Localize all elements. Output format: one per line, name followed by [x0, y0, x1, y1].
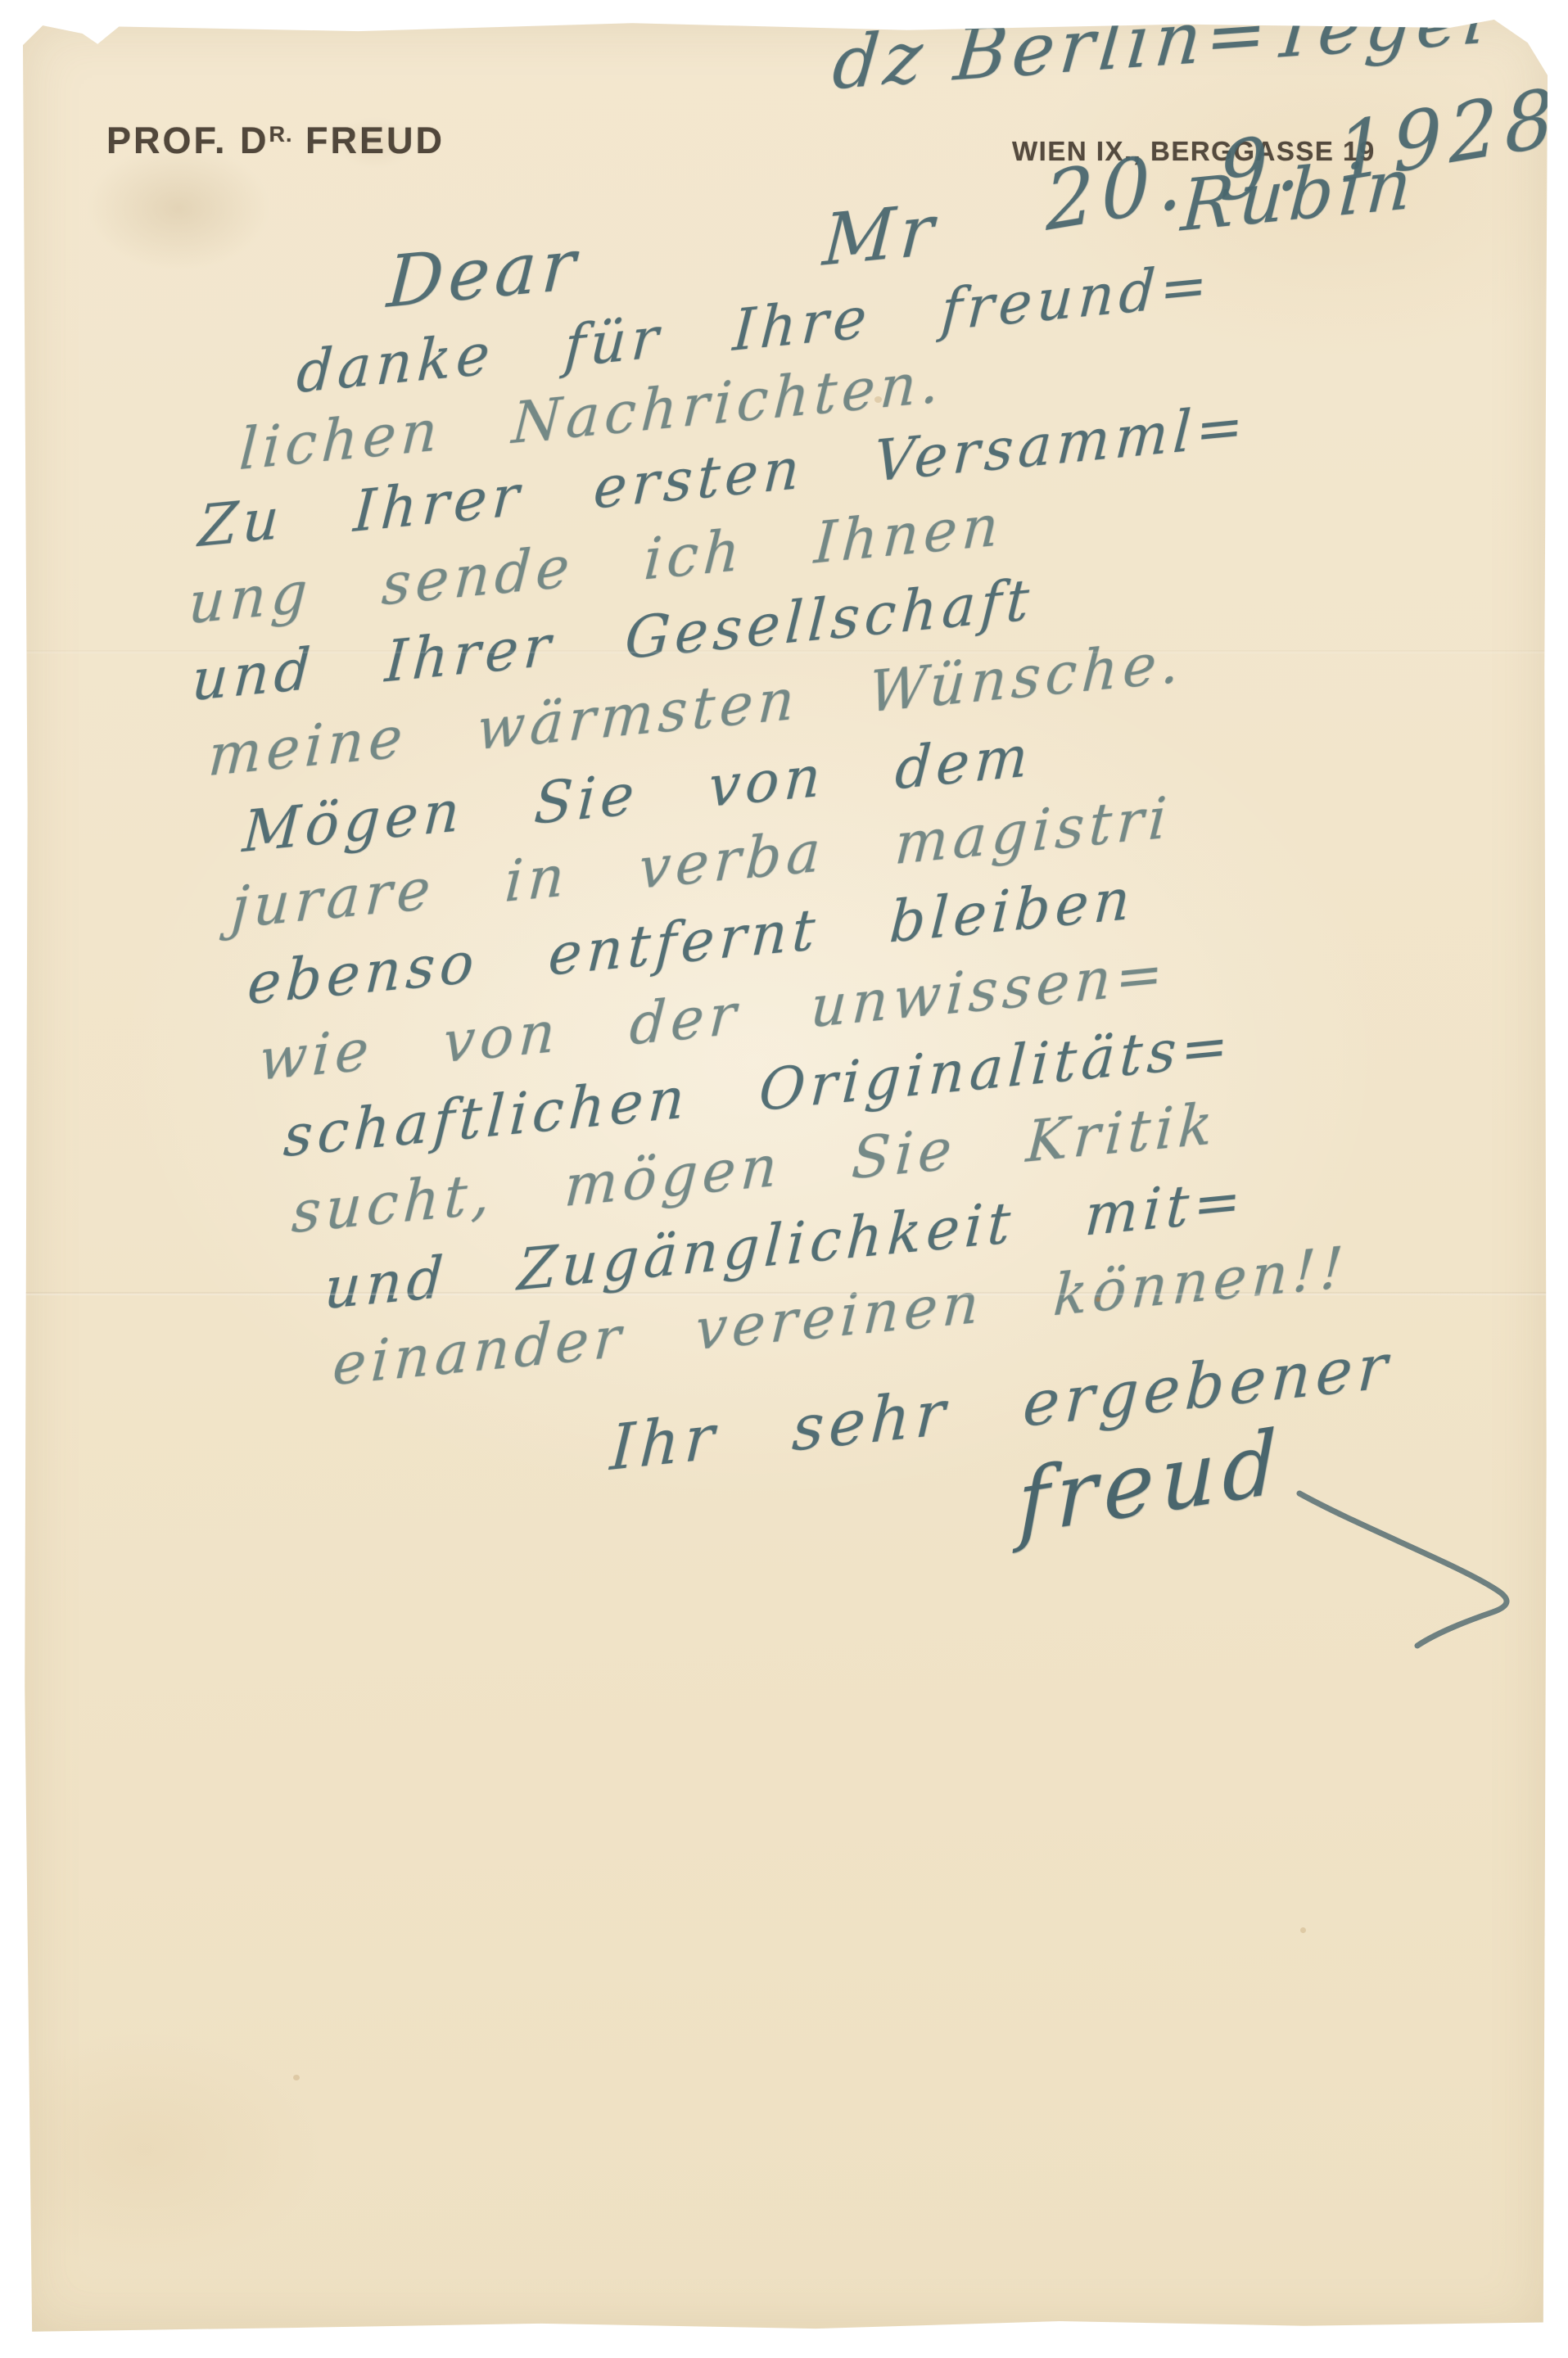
signature-flourish [1288, 1470, 1568, 1700]
scan-background: PROF. DR. FREUD WIEN IX., BERGGASSE 19 d… [0, 0, 1568, 2358]
fold-crease [23, 1292, 1548, 1295]
fold-crease [23, 650, 1548, 653]
handwritten-location-line: dz Berlin=Tegel [829, 0, 1496, 106]
letterhead-name-pre: PROF. D [106, 120, 269, 161]
letterhead-name-superscript: R. [269, 122, 293, 147]
foxing-spot [874, 396, 882, 403]
foxing-spot [1096, 1297, 1100, 1302]
letterhead-name: PROF. DR. FREUD [106, 120, 445, 162]
foxing-spot [293, 2075, 300, 2080]
foxing-spot [1300, 1927, 1306, 1933]
letter-paper: PROF. DR. FREUD WIEN IX., BERGGASSE 19 d… [23, 20, 1548, 2335]
letterhead-name-post: FREUD [293, 120, 445, 161]
